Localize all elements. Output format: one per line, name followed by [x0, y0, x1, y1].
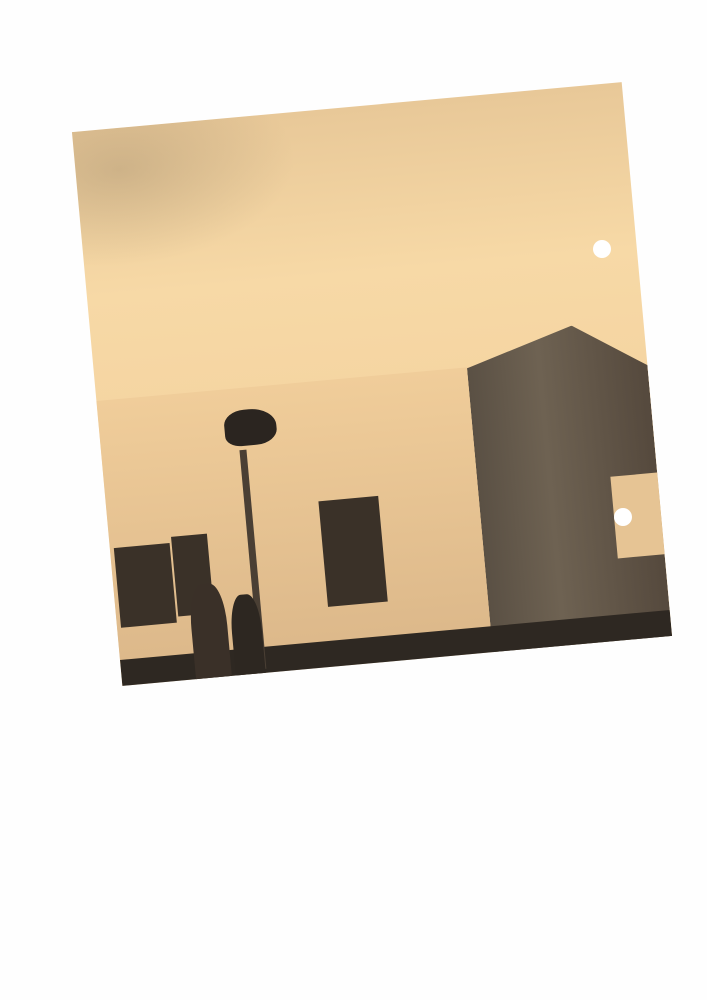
window-left [114, 543, 177, 628]
vintage-photograph [72, 82, 672, 686]
window-center [318, 496, 387, 607]
punch-hole-bottom [614, 508, 632, 526]
punch-hole-top [593, 240, 611, 258]
sky-shading [72, 112, 304, 270]
